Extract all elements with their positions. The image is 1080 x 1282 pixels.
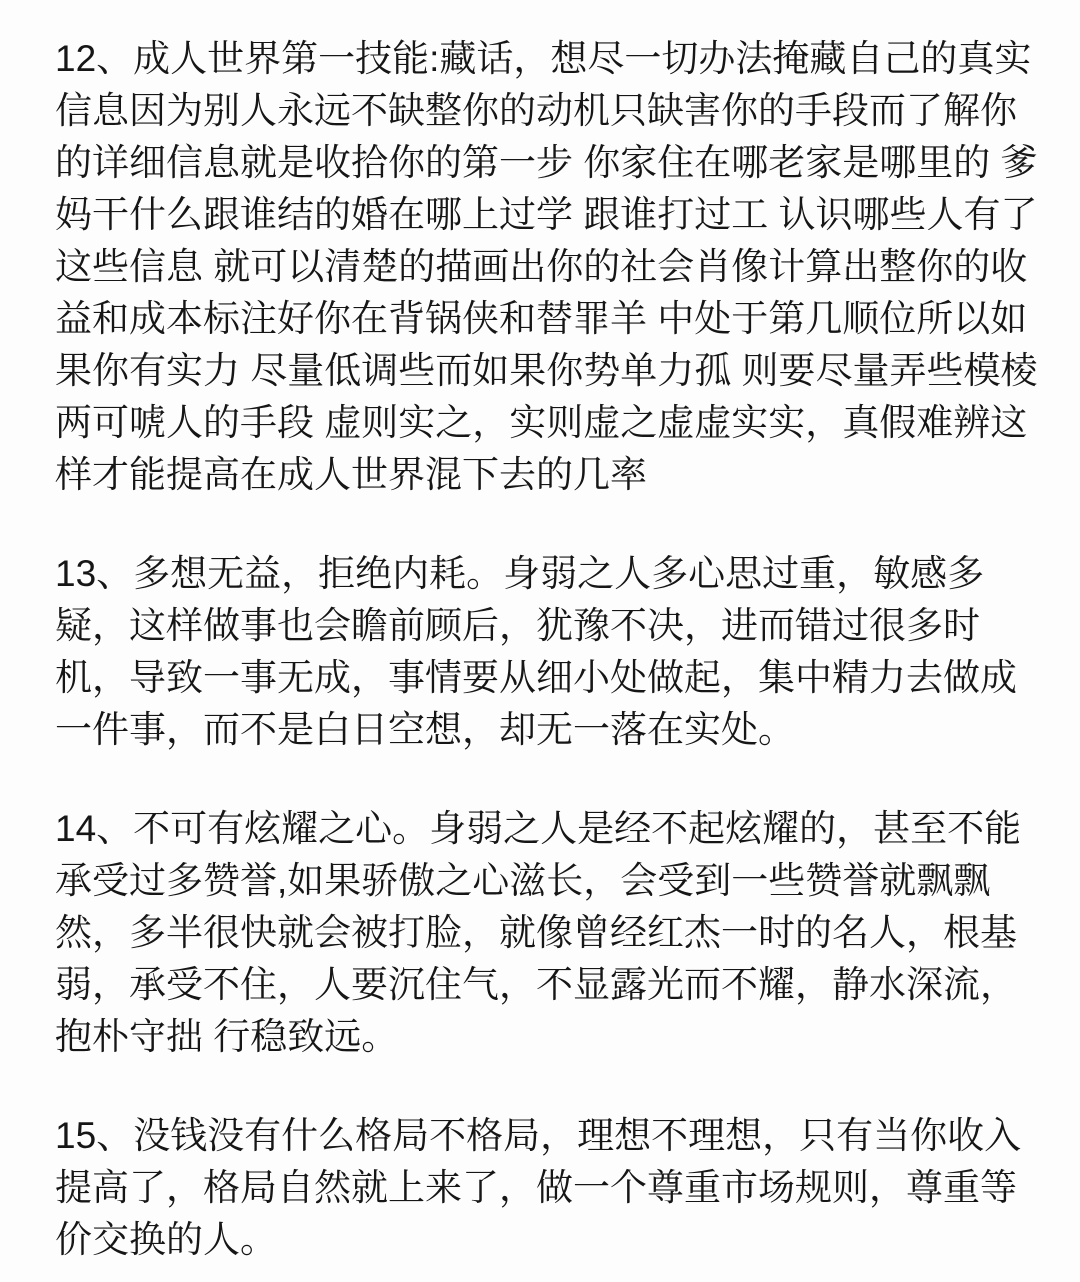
text-line: 13、多想无益，拒绝内耗。身弱之人多心思过重，敏感多 (55, 548, 1030, 600)
text-line: 一件事，而不是白日空想，却无一落在实处。 (55, 704, 1030, 756)
paragraph-15: 15、没钱没有什么格局不格局，理想不理想，只有当你收入 提高了，格局自然就上来了… (55, 1110, 1030, 1266)
text-line: 12、成人世界第一技能:藏话，想尽一切办法掩藏自己的真实 (55, 33, 1030, 85)
text-line: 的详细信息就是收拾你的第一步 你家住在哪老家是哪里的 爹 (55, 137, 1030, 189)
text-page: 12、成人世界第一技能:藏话，想尽一切办法掩藏自己的真实 信息因为别人永远不缺整… (0, 0, 1080, 1282)
text-line: 信息因为别人永远不缺整你的动机只缺害你的手段而了解你 (55, 85, 1030, 137)
text-line: 益和成本标注好你在背锅侠和替罪羊 中处于第几顺位所以如 (55, 293, 1030, 345)
text-line: 15、没钱没有什么格局不格局，理想不理想，只有当你收入 (55, 1110, 1030, 1162)
text-line: 样才能提高在成人世界混下去的几率 (55, 449, 1030, 501)
text-line: 14、不可有炫耀之心。身弱之人是经不起炫耀的，甚至不能 (55, 803, 1030, 855)
text-line: 果你有实力 尽量低调些而如果你势单力孤 则要尽量弄些模棱 (55, 345, 1030, 397)
text-line: 抱朴守拙 行稳致远。 (55, 1011, 1030, 1063)
text-line: 提高了，格局自然就上来了，做一个尊重市场规则，尊重等 (55, 1162, 1030, 1214)
text-line: 这些信息 就可以清楚的描画出你的社会肖像计算出整你的收 (55, 241, 1030, 293)
text-line: 然，多半很快就会被打脸，就像曾经红杰一时的名人，根基 (55, 907, 1030, 959)
text-line: 弱，承受不住，人要沉住气，不显露光而不耀，静水深流， (55, 959, 1030, 1011)
text-line: 妈干什么跟谁结的婚在哪上过学 跟谁打过工 认识哪些人有了 (55, 189, 1030, 241)
paragraph-14: 14、不可有炫耀之心。身弱之人是经不起炫耀的，甚至不能 承受过多赞誉,如果骄傲之… (55, 803, 1030, 1063)
text-line: 承受过多赞誉,如果骄傲之心滋长，会受到一些赞誉就飘飘 (55, 855, 1030, 907)
text-line: 两可唬人的手段 虚则实之，实则虚之虚虚实实，真假难辨这 (55, 397, 1030, 449)
paragraph-13: 13、多想无益，拒绝内耗。身弱之人多心思过重，敏感多 疑，这样做事也会瞻前顾后，… (55, 548, 1030, 756)
text-line: 疑，这样做事也会瞻前顾后，犹豫不决，进而错过很多时 (55, 600, 1030, 652)
paragraph-12: 12、成人世界第一技能:藏话，想尽一切办法掩藏自己的真实 信息因为别人永远不缺整… (55, 33, 1030, 501)
text-line: 机，导致一事无成，事情要从细小处做起，集中精力去做成 (55, 652, 1030, 704)
text-line: 价交换的人。 (55, 1214, 1030, 1266)
